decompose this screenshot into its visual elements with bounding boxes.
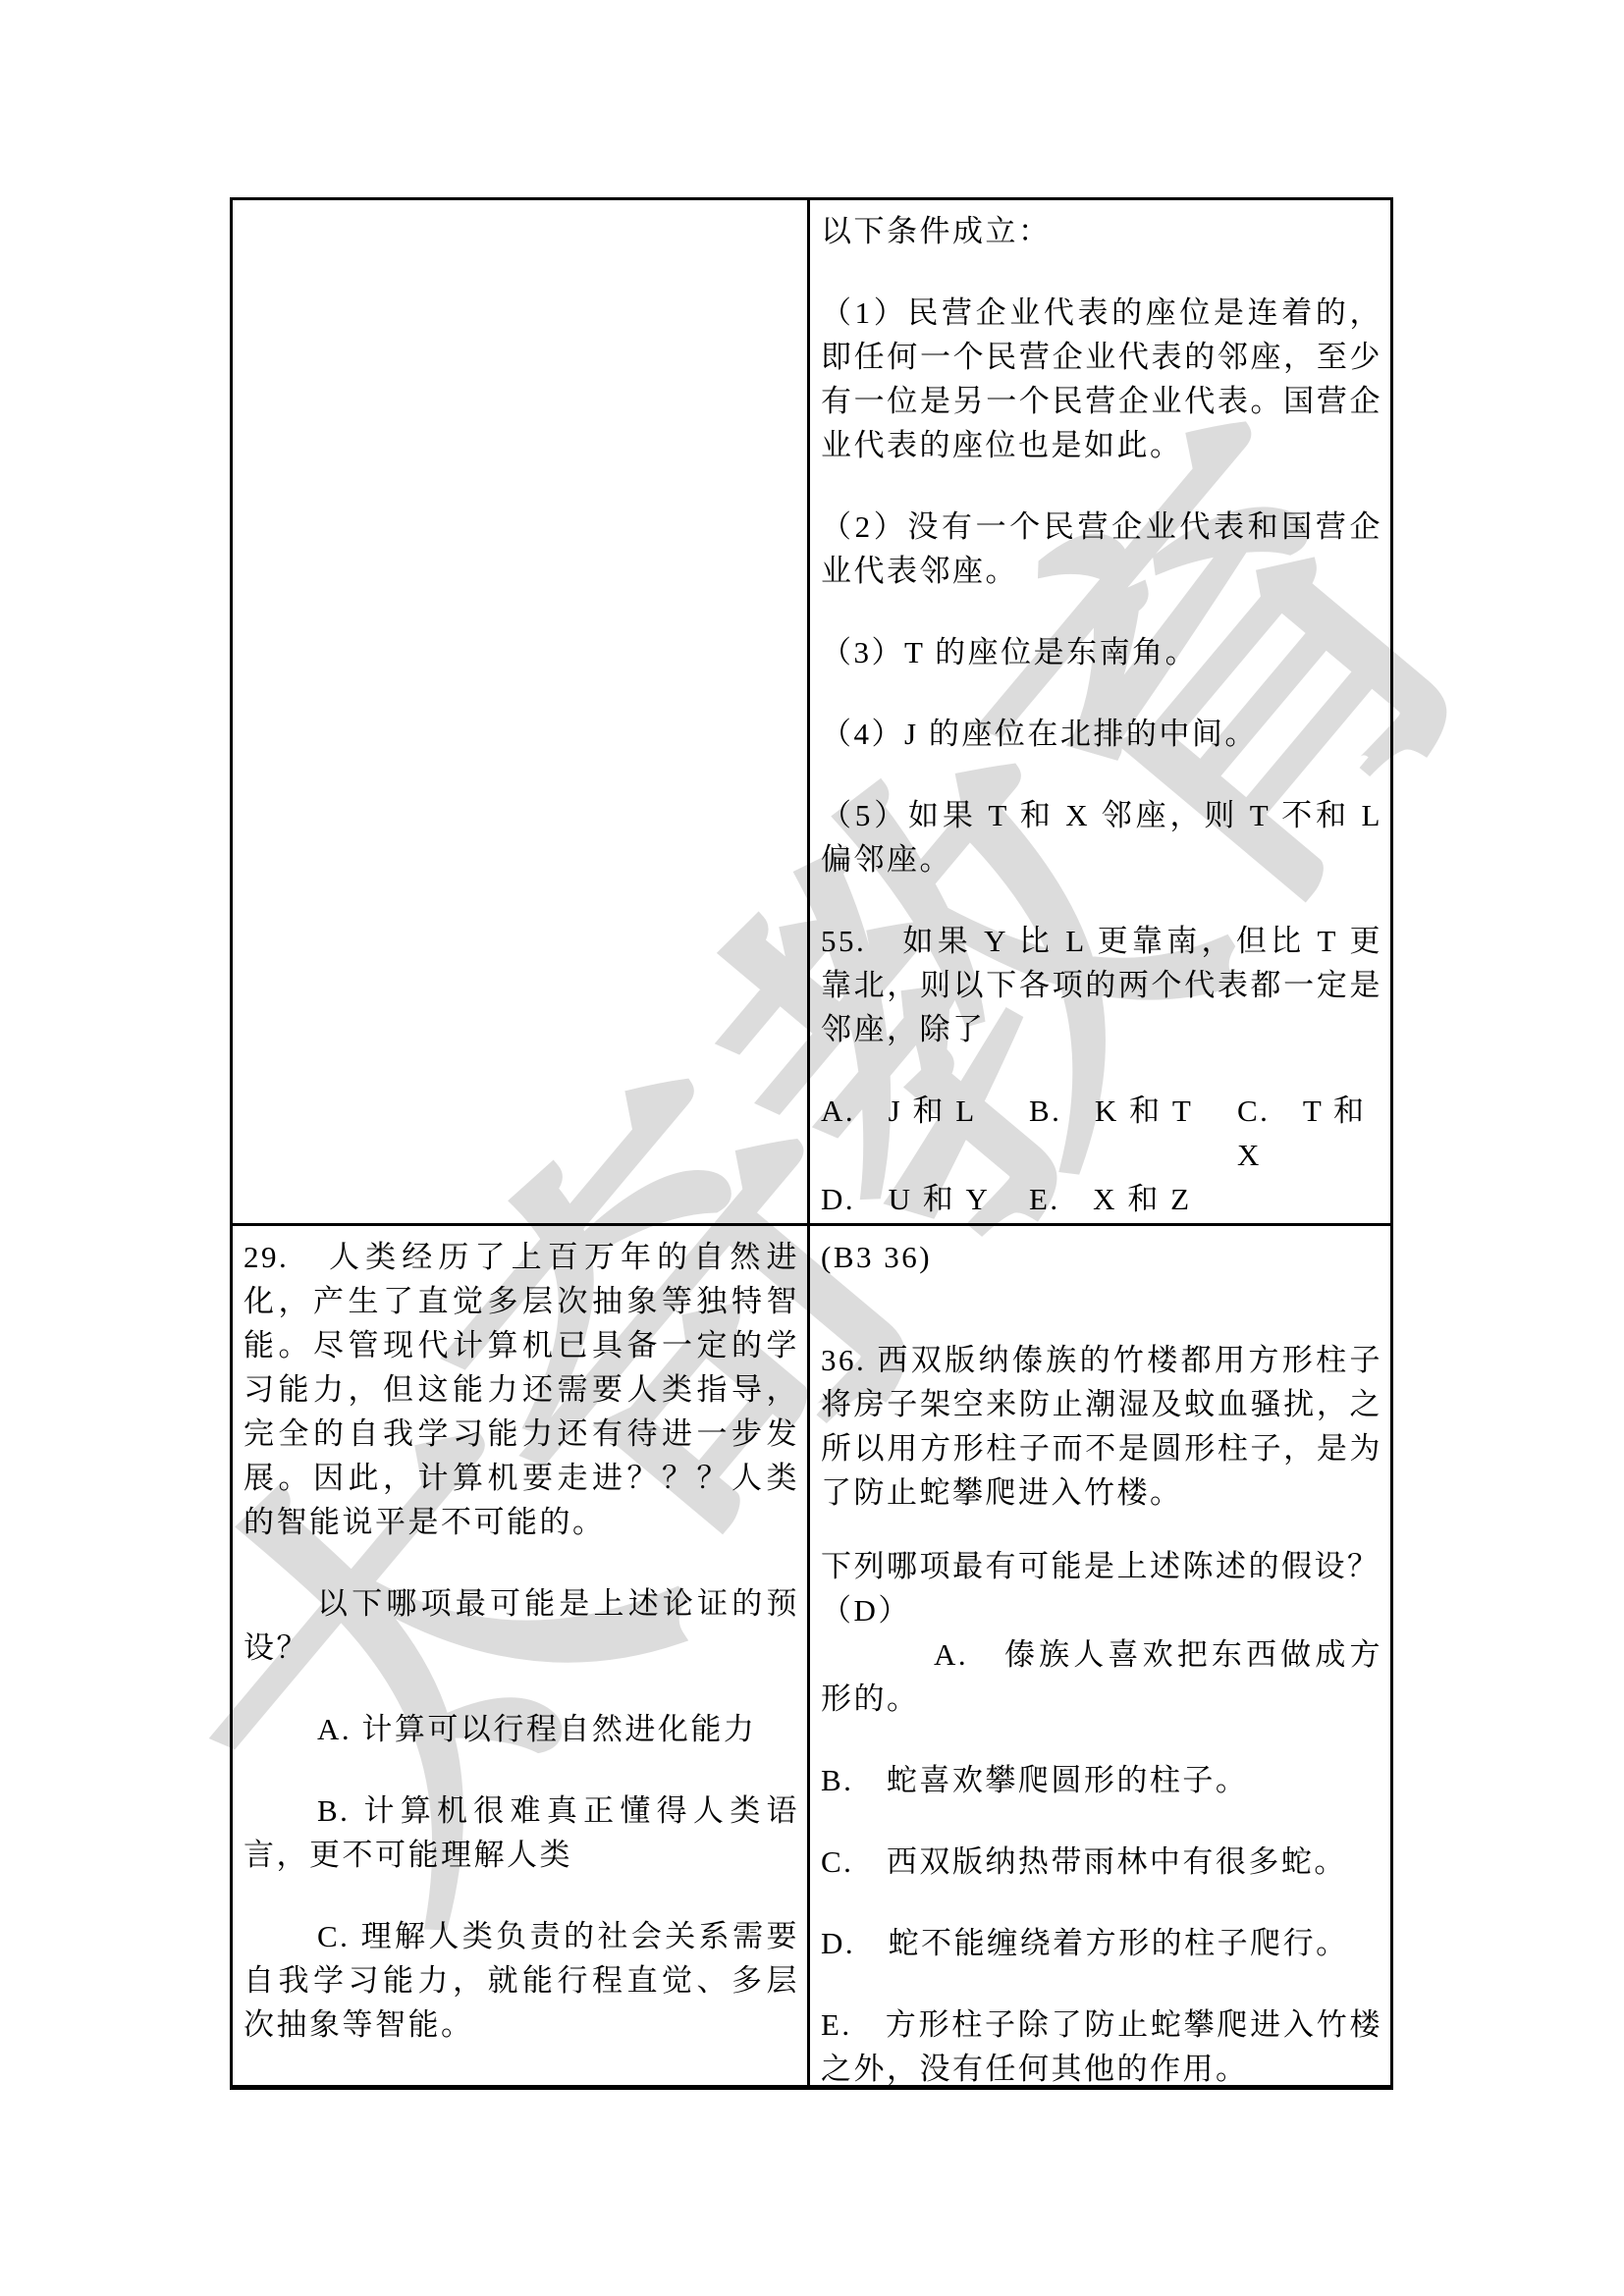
question-29-option-b: B. 计算机很难真正懂得人类语言，更不可能理解人类: [244, 1789, 799, 1877]
question-36-option-e: E. 方形柱子除了防止蛇攀爬进入竹楼之外，没有任何其他的作用。: [821, 2002, 1382, 2085]
condition-4: （4）J 的座位在北排的中间。: [821, 712, 1382, 756]
question-36-ref: (B3 36): [821, 1235, 1382, 1279]
cell-empty: [233, 200, 810, 1226]
option-55-a: A. J 和 L: [821, 1089, 1029, 1177]
condition-3: （3）T 的座位是东南角。: [821, 630, 1382, 674]
question-36-option-c: C. 西双版纳热带雨林中有很多蛇。: [821, 1840, 1382, 1884]
question-29-text: 29. 人类经历了上百万年的自然进化，产生了直觉多层次抽象等独特智能。尽管现代计…: [244, 1235, 799, 1544]
document-page: { "colors": { "background": "#ffffff", "…: [0, 0, 1624, 2296]
cell-question-36: (B3 36) 36. 西双版纳傣族的竹楼都用方形柱子将房子架空来防止潮湿及蚊血…: [810, 1226, 1390, 2085]
cell-seating-conditions: 以下条件成立： （1）民营企业代表的座位是连着的，即任何一个民营企业代表的邻座，…: [810, 200, 1390, 1226]
condition-2: （2）没有一个民营企业代表和国营企业代表邻座。: [821, 505, 1382, 593]
question-55-options-line-1: A. J 和 L B. K 和 T C. T 和 X: [821, 1089, 1382, 1177]
cell-question-29: 29. 人类经历了上百万年的自然进化，产生了直觉多层次抽象等独特智能。尽管现代计…: [233, 1226, 810, 2085]
question-55-options-line-2: D. U 和 Y E. X 和 Z: [821, 1177, 1382, 1221]
conditions-intro: 以下条件成立：: [821, 209, 1382, 253]
option-55-e: E. X 和 Z: [1029, 1177, 1192, 1221]
option-55-b: B. K 和 T: [1029, 1089, 1237, 1177]
option-55-c: C. T 和 X: [1237, 1089, 1382, 1177]
question-36-answer: （D）: [821, 1588, 1382, 1632]
question-29-stem: 以下哪项最可能是上述论证的预设？: [244, 1581, 799, 1670]
question-36-option-b: B. 蛇喜欢攀爬圆形的柱子。: [821, 1758, 1382, 1802]
questions-table: 以下条件成立： （1）民营企业代表的座位是连着的，即任何一个民营企业代表的邻座，…: [230, 197, 1393, 2090]
question-36-option-a: A. 傣族人喜欢把东西做成方形的。: [821, 1632, 1382, 1721]
condition-5: （5）如果 T 和 X 邻座，则 T 不和 L 偏邻座。: [821, 793, 1382, 881]
question-36-text: 36. 西双版纳傣族的竹楼都用方形柱子将房子架空来防止潮湿及蚊血骚扰，之所以用方…: [821, 1338, 1382, 1515]
question-29-option-c: C. 理解人类负责的社会关系需要自我学习能力，就能行程直觉、多层次抽象等智能。: [244, 1914, 799, 2047]
question-55-text: 55. 如果 Y 比 L 更靠南，但比 T 更靠北，则以下各项的两个代表都一定是…: [821, 919, 1382, 1051]
question-36-stem: 下列哪项最有可能是上述陈述的假设？: [821, 1544, 1382, 1588]
question-36-option-d: D. 蛇不能缠绕着方形的柱子爬行。: [821, 1921, 1382, 1965]
condition-1: （1）民营企业代表的座位是连着的，即任何一个民营企业代表的邻座，至少有一位是另一…: [821, 291, 1382, 467]
option-55-d: D. U 和 Y: [821, 1177, 1029, 1221]
question-29-option-a: A. 计算可以行程自然进化能力: [244, 1707, 799, 1751]
